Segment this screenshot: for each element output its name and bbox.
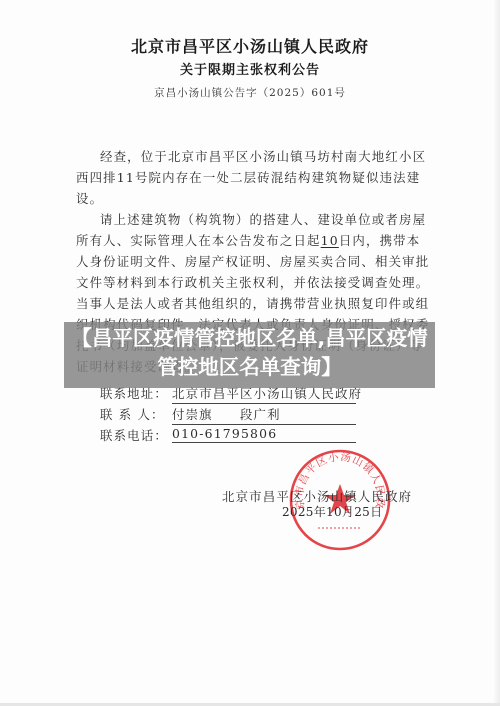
- body-line: 人身份证明文件、房屋产权证明、房屋买卖合同、相关审批: [76, 253, 436, 271]
- page-edge-shadow: [494, 0, 500, 706]
- contact-person-row: 联 系 人： 付崇旗 段广利: [100, 405, 170, 423]
- body-line: 经查，位于北京市昌平区小汤山镇马坊村南大地红小区: [100, 148, 436, 166]
- body-line: 西四排11号院内存在一处二层砖混结构建筑物疑似违法建: [76, 169, 436, 187]
- contact-person-value: 付崇旗 段广利: [172, 405, 356, 425]
- body-text: 所有人、实际管理人在本公告发布之日起: [76, 233, 321, 248]
- contact-phone-label: 联系电话：: [100, 426, 170, 444]
- overlay-banner-text: 【昌平区疫情管控地区名单,昌平区疫情管控地区名单查询】: [64, 324, 435, 382]
- contact-phone-row: 联系电话： 010-61795806: [100, 426, 170, 444]
- document-title: 北京市昌平区小汤山镇人民政府: [0, 34, 500, 57]
- body-line: 设。: [76, 190, 436, 208]
- body-line: 所有人、实际管理人在本公告发布之日起10日内，携带本: [76, 232, 436, 250]
- body-line: 文件等材料到本行政机关主张权利，并依法接受调查处理。: [76, 274, 436, 292]
- document-number: 京昌小汤山镇公告字（2025）601号: [0, 85, 500, 100]
- deadline-days: 10: [321, 233, 339, 248]
- contact-phone-value: 010-61795806: [172, 426, 356, 443]
- signature-date: 2025年10月25日: [282, 503, 382, 520]
- body-line: 请上述建筑物（构筑物）的搭建人、建设单位或者房屋: [100, 211, 436, 229]
- document-subtitle: 关于限期主张权利公告: [0, 59, 500, 78]
- body-line: 当事人是法人或者其他组织的，请携带营业执照复印件或组: [76, 295, 436, 313]
- contact-person-label: 联 系 人：: [100, 405, 170, 423]
- body-text: 日内，携带本: [339, 233, 421, 248]
